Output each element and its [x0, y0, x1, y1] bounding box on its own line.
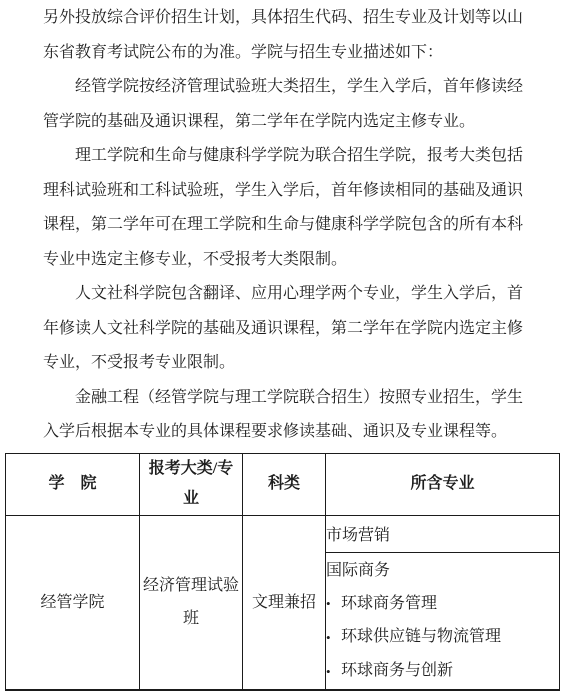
paragraph-jingguan: 经管学院按经济管理试验班大类招生，学生入学后，首年修读经管学院的基础及通识课程，… — [43, 70, 523, 139]
header-included-majors: 所含专业 — [326, 453, 560, 515]
header-subject-type: 科类 — [243, 453, 326, 515]
paragraph-intro: 另外投放综合评价招生计划，具体招生代码、招生专业及计划等以山东省教育考试院公布的… — [43, 1, 523, 70]
major-item: •环球商务与创新 — [326, 654, 559, 688]
major-item-label: 环球商务与创新 — [341, 662, 453, 679]
cell-major-group-international-business: 国际商务 •环球商务管理 •环球供应链与物流管理 •环球商务与创新 — [326, 552, 560, 690]
cell-category: 经济管理试验班 — [140, 515, 243, 690]
cell-subject-type: 文理兼招 — [243, 515, 326, 690]
bullet-icon: • — [326, 621, 341, 654]
major-item: •环球商务管理 — [326, 587, 559, 621]
bullet-icon: • — [326, 587, 341, 620]
table-row: 经管学院 经济管理试验班 文理兼招 市场营销 — [6, 515, 560, 552]
header-category: 报考大类/专业 — [140, 453, 243, 515]
cell-major-group-marketing: 市场营销 — [326, 515, 560, 552]
document-page: 另外投放综合评价招生计划，具体招生代码、招生专业及计划等以山东省教育考试院公布的… — [0, 1, 563, 696]
major-item: •环球供应链与物流管理 — [326, 620, 559, 654]
body-text: 另外投放综合评价招生计划，具体招生代码、招生专业及计划等以山东省教育考试院公布的… — [43, 1, 523, 450]
cell-college: 经管学院 — [6, 515, 140, 690]
paragraph-ligong: 理工学院和生命与健康科学学院为联合招生学院，报考大类包括理科试验班和工科试验班，… — [43, 139, 523, 277]
major-group-title: 国际商务 — [326, 554, 559, 587]
major-item-label: 环球供应链与物流管理 — [341, 628, 501, 645]
paragraph-renwen: 人文社科学院包含翻译、应用心理学两个专业，学生入学后，首年修读人文社科学院的基础… — [43, 277, 523, 381]
enrollment-table: 学 院 报考大类/专业 科类 所含专业 经管学院 经济管理试验班 文理兼招 市场… — [5, 453, 560, 692]
major-item-label: 环球商务管理 — [341, 595, 437, 612]
table-header-row: 学 院 报考大类/专业 科类 所含专业 — [6, 453, 560, 515]
paragraph-jinrong: 金融工程（经管学院与理工学院联合招生）按照专业招生，学生入学后根据本专业的具体课… — [43, 381, 523, 450]
bullet-icon: • — [326, 655, 341, 688]
header-college: 学 院 — [6, 453, 140, 515]
